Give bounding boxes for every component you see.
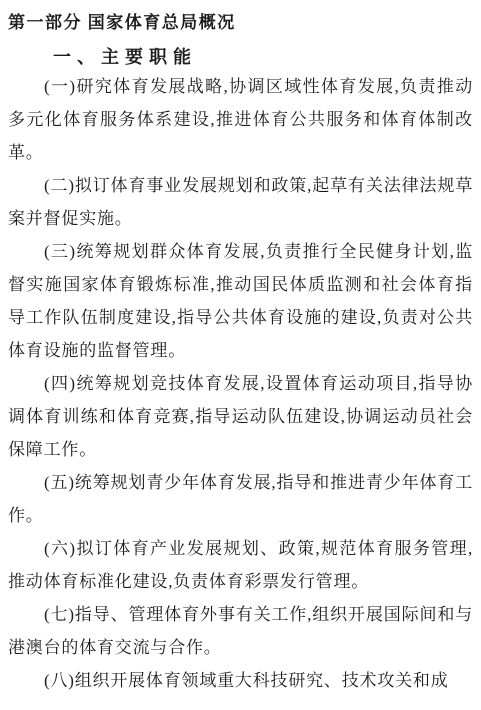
paragraph-7: (七)指导、管理体育外事有关工作,组织开展国际间和与港澳台的体育交流与合作。 <box>8 598 473 664</box>
paragraph-5: (五)统筹规划青少年体育发展,指导和推进青少年体育工作。 <box>8 466 473 532</box>
paragraph-1: (一)研究体育发展战略,协调区域性体育发展,负责推动多元化体育服务体系建设,推进… <box>8 70 473 169</box>
section-heading: 一、主要职能 <box>8 44 473 70</box>
document-title: 第一部分 国家体育总局概况 <box>8 10 473 36</box>
document-page: 第一部分 国家体育总局概况 一、主要职能 (一)研究体育发展战略,协调区域性体育… <box>0 0 481 710</box>
paragraph-3: (三)统筹规划群众体育发展,负责推行全民健身计划,监督实施国家体育锻炼标准,推动… <box>8 235 473 367</box>
paragraph-6: (六)拟订体育产业发展规划、政策,规范体育服务管理,推动体育标准化建设,负责体育… <box>8 532 473 598</box>
document-body: (一)研究体育发展战略,协调区域性体育发展,负责推动多元化体育服务体系建设,推进… <box>8 70 473 697</box>
paragraph-8: (八)组织开展体育领域重大科技研究、技术攻关和成 <box>8 664 473 697</box>
paragraph-4: (四)统筹规划竞技体育发展,设置体育运动项目,指导协调体育训练和体育竞赛,指导运… <box>8 367 473 466</box>
paragraph-2: (二)拟订体育事业发展规划和政策,起草有关法律法规草案并督促实施。 <box>8 169 473 235</box>
